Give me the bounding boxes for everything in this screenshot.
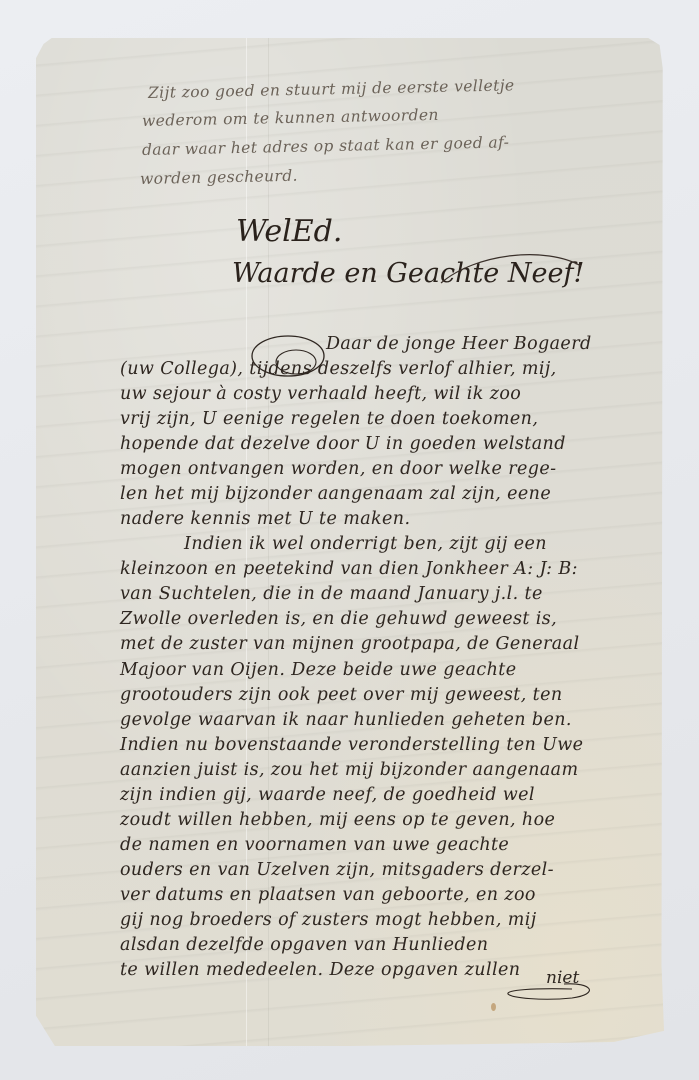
body-line: alsdan dezelfde opgaven van Hunlieden	[120, 935, 488, 955]
body-line: (uw Collega), tijdens deszelfs verlof al…	[120, 359, 557, 379]
body-line: van Suchtelen, die in de maand January j…	[120, 584, 543, 604]
body-line: Indien nu bovenstaande veronderstelling …	[120, 735, 583, 755]
body-line: Daar de jonge Heer Bogaerd	[326, 334, 592, 354]
body-line: vrij zijn, U eenige regelen te doen toek…	[120, 409, 538, 429]
letter-sheet: Zijt zoo goed en stuurt mij de eerste ve…	[36, 38, 664, 1046]
body-line: de namen en voornamen van uwe geachte	[120, 835, 509, 855]
salutation-abbreviation: WelEd.	[236, 214, 342, 249]
body-line: ver datums en plaatsen van geboorte, en …	[120, 885, 536, 905]
postscript-line: worden gescheurd.	[140, 167, 298, 188]
salutation-flourish-icon	[436, 248, 586, 288]
body-line: hopende dat dezelve door U in goeden wel…	[120, 434, 566, 454]
body-line: nadere kennis met U te maken.	[120, 509, 410, 529]
body-line: Zwolle overleden is, en die gehuwd gewee…	[120, 609, 557, 629]
body-line: met de zuster van mijnen grootpapa, de G…	[120, 634, 579, 654]
body-line: len het mij bijzonder aangenaam zal zijn…	[120, 484, 551, 504]
body-line: zijn indien gij, waarde neef, de goedhei…	[120, 785, 535, 805]
foxing-stain	[491, 1003, 496, 1011]
body-line: grootouders zijn ook peet over mij gewee…	[120, 685, 563, 705]
body-line: Majoor van Oijen. Deze beide uwe geachte	[120, 660, 516, 680]
body-line: Indien ik wel onderrigt ben, zijt gij ee…	[184, 534, 547, 554]
body-line: aanzien juist is, zou het mij bijzonder …	[120, 760, 578, 780]
body-line: kleinzoon en peetekind van dien Jonkheer…	[120, 559, 578, 579]
body-line: te willen mededeelen. Deze opgaven zulle…	[120, 960, 520, 980]
catchword-flourish-icon	[502, 976, 622, 1004]
body-line: zoudt willen hebben, mij eens op te geve…	[120, 810, 555, 830]
body-line: ouders en van Uzelven zijn, mitsgaders d…	[120, 860, 554, 880]
body-line: gevolge waarvan ik naar hunlieden gehete…	[120, 710, 572, 730]
body-line: mogen ontvangen worden, en door welke re…	[120, 459, 556, 479]
body-line: uw sejour à costy verhaald heeft, wil ik…	[120, 384, 521, 404]
body-line: gij nog broeders of zusters mogt hebben,…	[120, 910, 537, 930]
